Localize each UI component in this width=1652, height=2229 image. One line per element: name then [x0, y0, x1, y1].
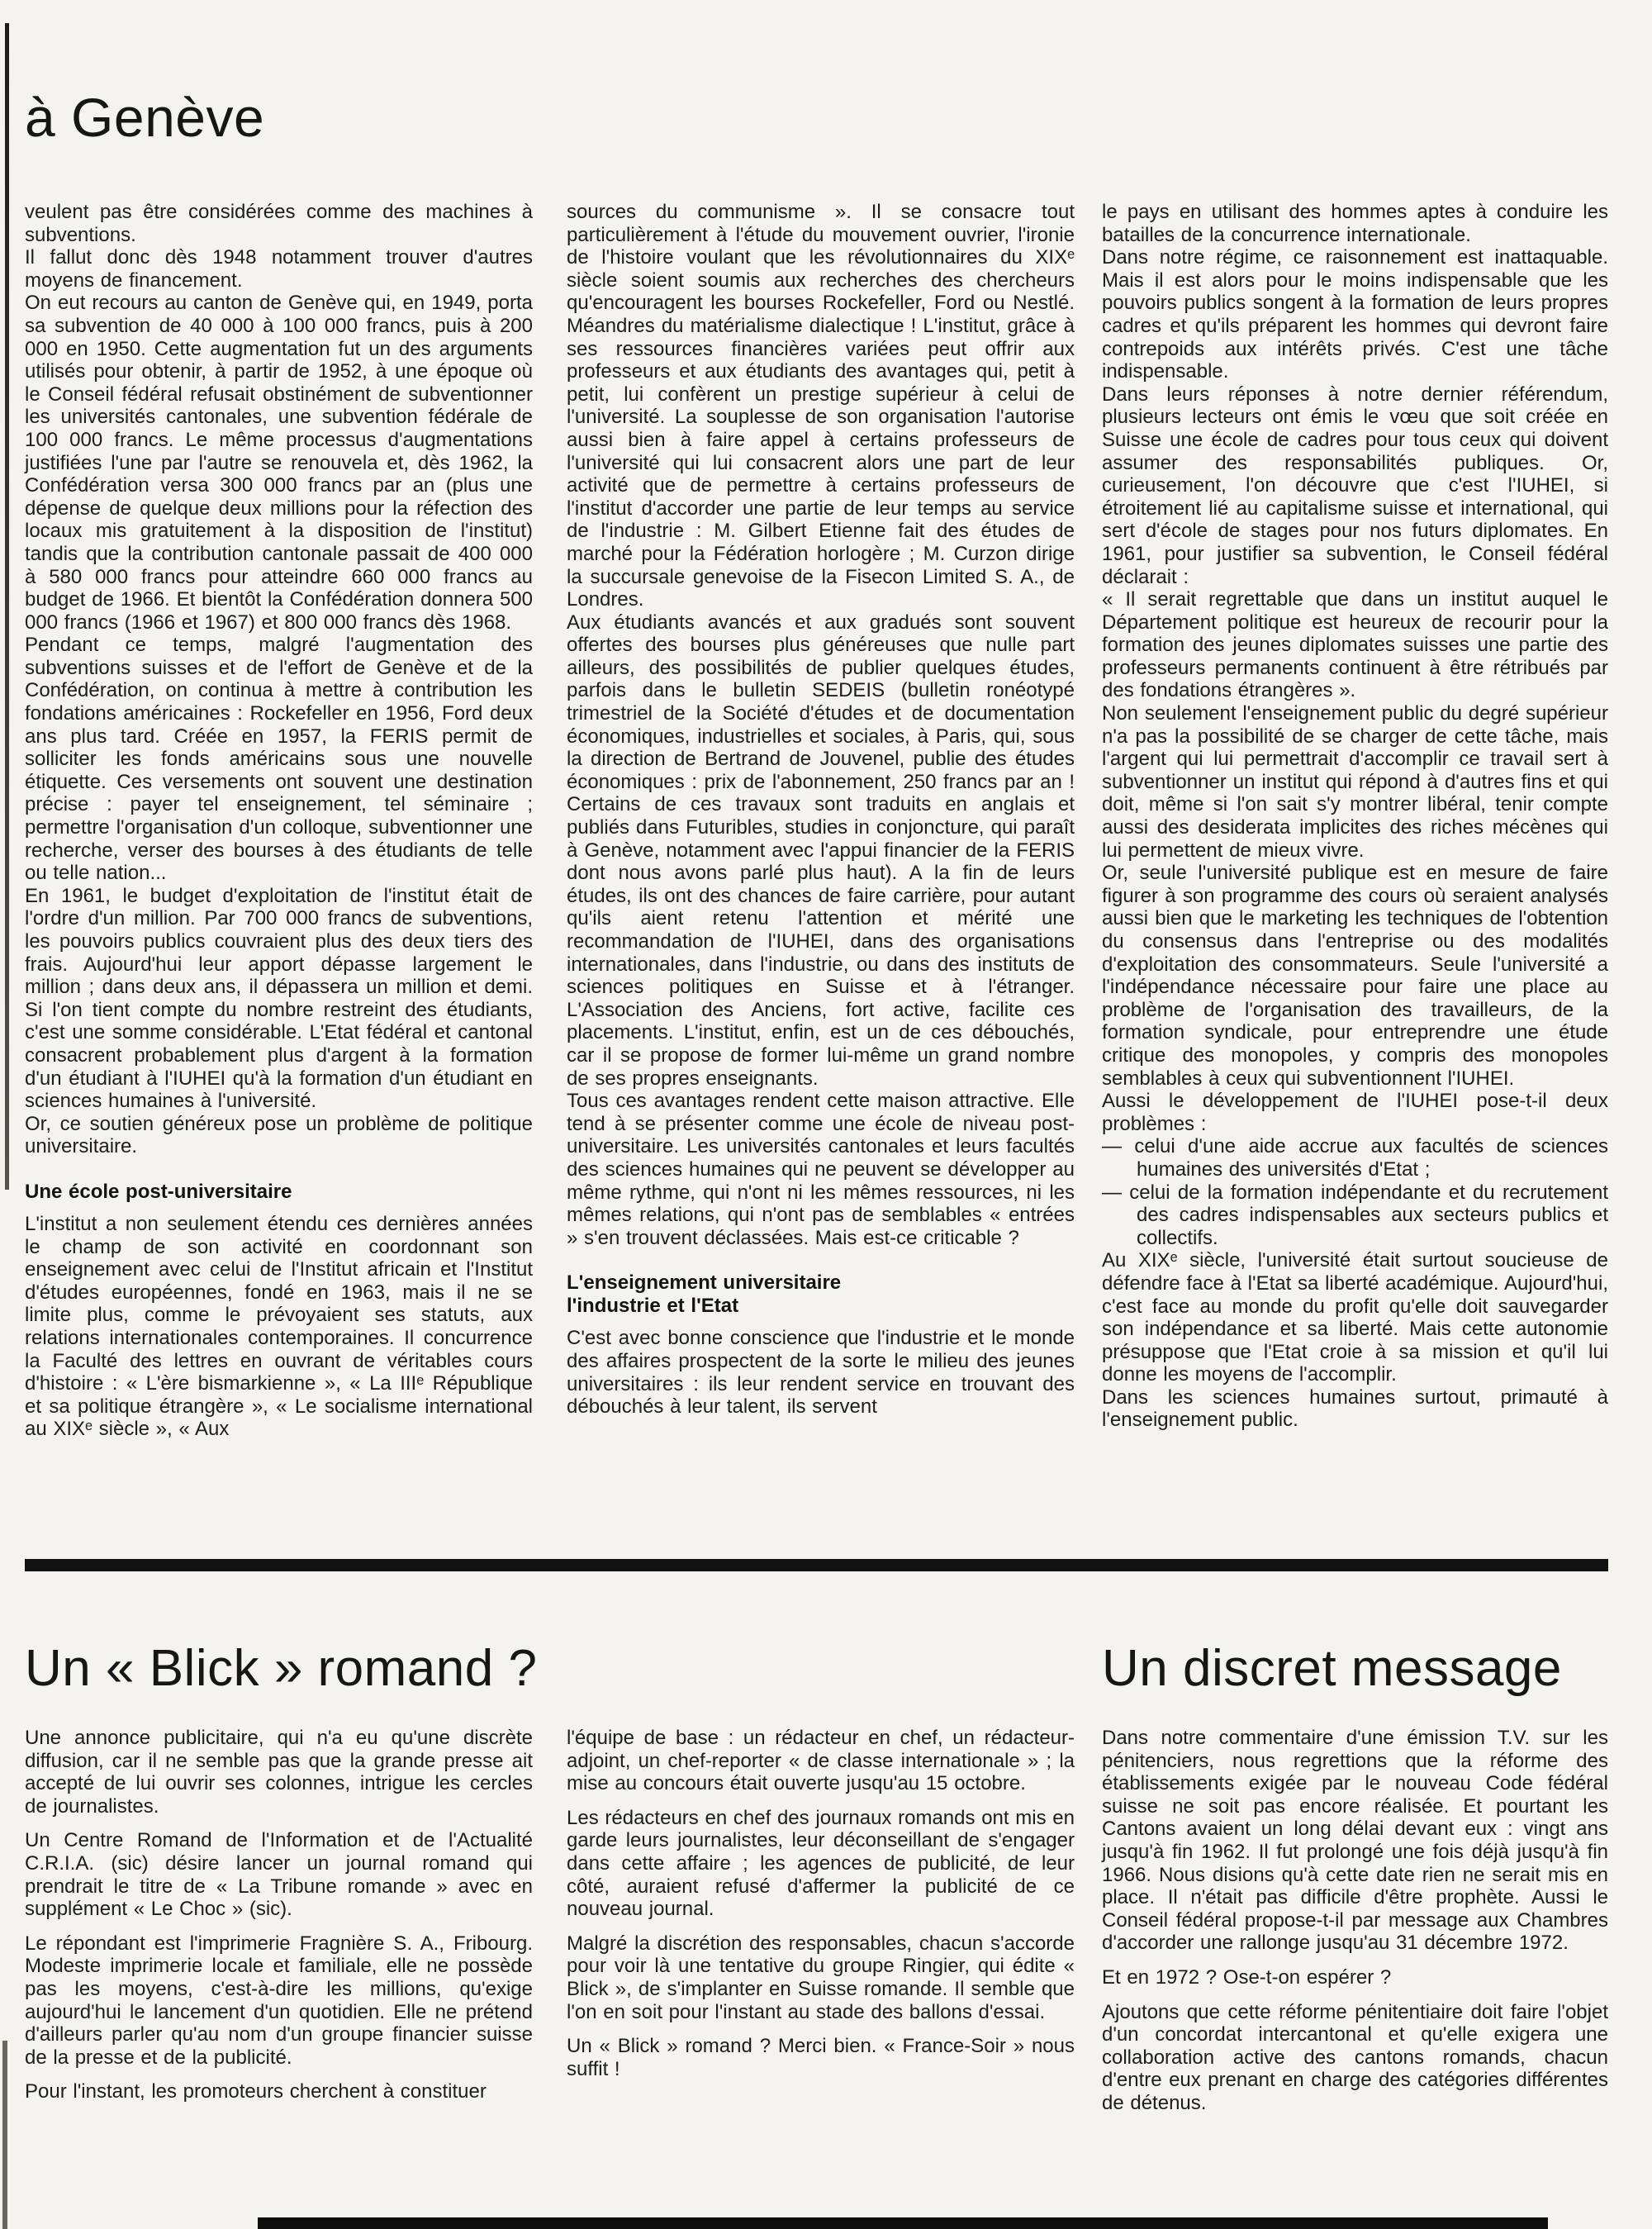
paragraph: Tous ces avantages rendent cette maison … — [567, 1090, 1075, 1249]
blick-article-column-1: Une annonce publicitaire, qui n'a eu qu'… — [25, 1727, 533, 2115]
bottom-edge-bar — [258, 2217, 1548, 2229]
headline-blick-romand: Un « Blick » romand ? — [25, 1639, 537, 1698]
paragraph: Or, seule l'université publique est en m… — [1102, 862, 1608, 1090]
paragraph: Non seulement l'enseignement public du d… — [1102, 702, 1608, 862]
section-subhead: Une école post-universitaire — [25, 1181, 533, 1204]
paragraph: Or, ce soutien généreux pose un problème… — [25, 1113, 533, 1158]
section-subhead: L'enseignement universitaire l'industrie… — [567, 1271, 1075, 1318]
paragraph: En 1961, le budget d'exploitation de l'i… — [25, 885, 533, 1113]
paragraph: Un « Blick » romand ? Merci bien. « Fran… — [567, 2035, 1075, 2080]
paragraph: Pour l'instant, les promoteurs cherchent… — [25, 2080, 533, 2103]
paragraph: Un Centre Romand de l'Information et de … — [25, 1829, 533, 1920]
paragraph: C'est avec bonne conscience que l'indust… — [567, 1327, 1075, 1418]
paragraph: Dans les sciences humaines surtout, prim… — [1102, 1386, 1608, 1432]
headline-discret-message: Un discret message — [1102, 1639, 1562, 1698]
top-article-column-2: sources du communisme ». Il se consacre … — [567, 201, 1075, 1419]
paragraph: « Il serait regrettable que dans un inst… — [1102, 588, 1608, 702]
paragraph: Ajoutons que cette réforme pénitentiaire… — [1102, 2001, 1608, 2115]
dash-list-item: — celui d'une aide accrue aux facultés d… — [1102, 1135, 1608, 1181]
paragraph: Une annonce publicitaire, qui n'a eu qu'… — [25, 1727, 533, 1818]
paragraph: Dans notre commentaire d'une émission T.… — [1102, 1727, 1608, 1955]
paragraph: L'institut a non seulement étendu ces de… — [25, 1213, 533, 1441]
paragraph: sources du communisme ». Il se consacre … — [567, 201, 1075, 611]
paragraph: Aussi le développement de l'IUHEI pose-t… — [1102, 1090, 1608, 1135]
paragraph: Au XIXᵉ siècle, l'université était surto… — [1102, 1249, 1608, 1386]
top-article-column-1: veulent pas être considérées comme des m… — [25, 201, 533, 1441]
paragraph: Dans leurs réponses à notre dernier réfé… — [1102, 383, 1608, 588]
discret-article-column-1: Dans notre commentaire d'une émission T.… — [1102, 1727, 1608, 2127]
paragraph: Malgré la discrétion des responsables, c… — [567, 1932, 1075, 2023]
paragraph: Le répondant est l'imprimerie Fragnière … — [25, 1932, 533, 2070]
paragraph: le pays en utilisant des hommes aptes à … — [1102, 201, 1608, 246]
paragraph: Les rédacteurs en chef des journaux roma… — [567, 1807, 1075, 1921]
scan-edge-line-bottom — [2, 2041, 7, 2229]
paragraph: Il fallut donc dès 1948 notamment trouve… — [25, 246, 533, 292]
paragraph: Pendant ce temps, malgré l'augmentation … — [25, 634, 533, 885]
paragraph: Et en 1972 ? Ose-t-on espérer ? — [1102, 1966, 1608, 1989]
paragraph: Dans notre régime, ce raisonnement est i… — [1102, 246, 1608, 383]
top-article-column-3: le pays en utilisant des hommes aptes à … — [1102, 201, 1608, 1432]
newspaper-page: à Genève veulent pas être considérées co… — [0, 0, 1652, 2229]
blick-article-column-2: l'équipe de base : un rédacteur en chef,… — [567, 1727, 1075, 2092]
paragraph: veulent pas être considérées comme des m… — [25, 201, 533, 246]
paragraph: On eut recours au canton de Genève qui, … — [25, 292, 533, 634]
page-title: à Genève — [25, 86, 264, 149]
dash-list-item: — celui de la formation indépendante et … — [1102, 1181, 1608, 1250]
paragraph: Aux étudiants avancés et aux gradués son… — [567, 611, 1075, 1090]
paragraph: l'équipe de base : un rédacteur en chef,… — [567, 1727, 1075, 1795]
scan-edge-line-top — [5, 23, 9, 1190]
section-divider-rule — [25, 1559, 1608, 1571]
